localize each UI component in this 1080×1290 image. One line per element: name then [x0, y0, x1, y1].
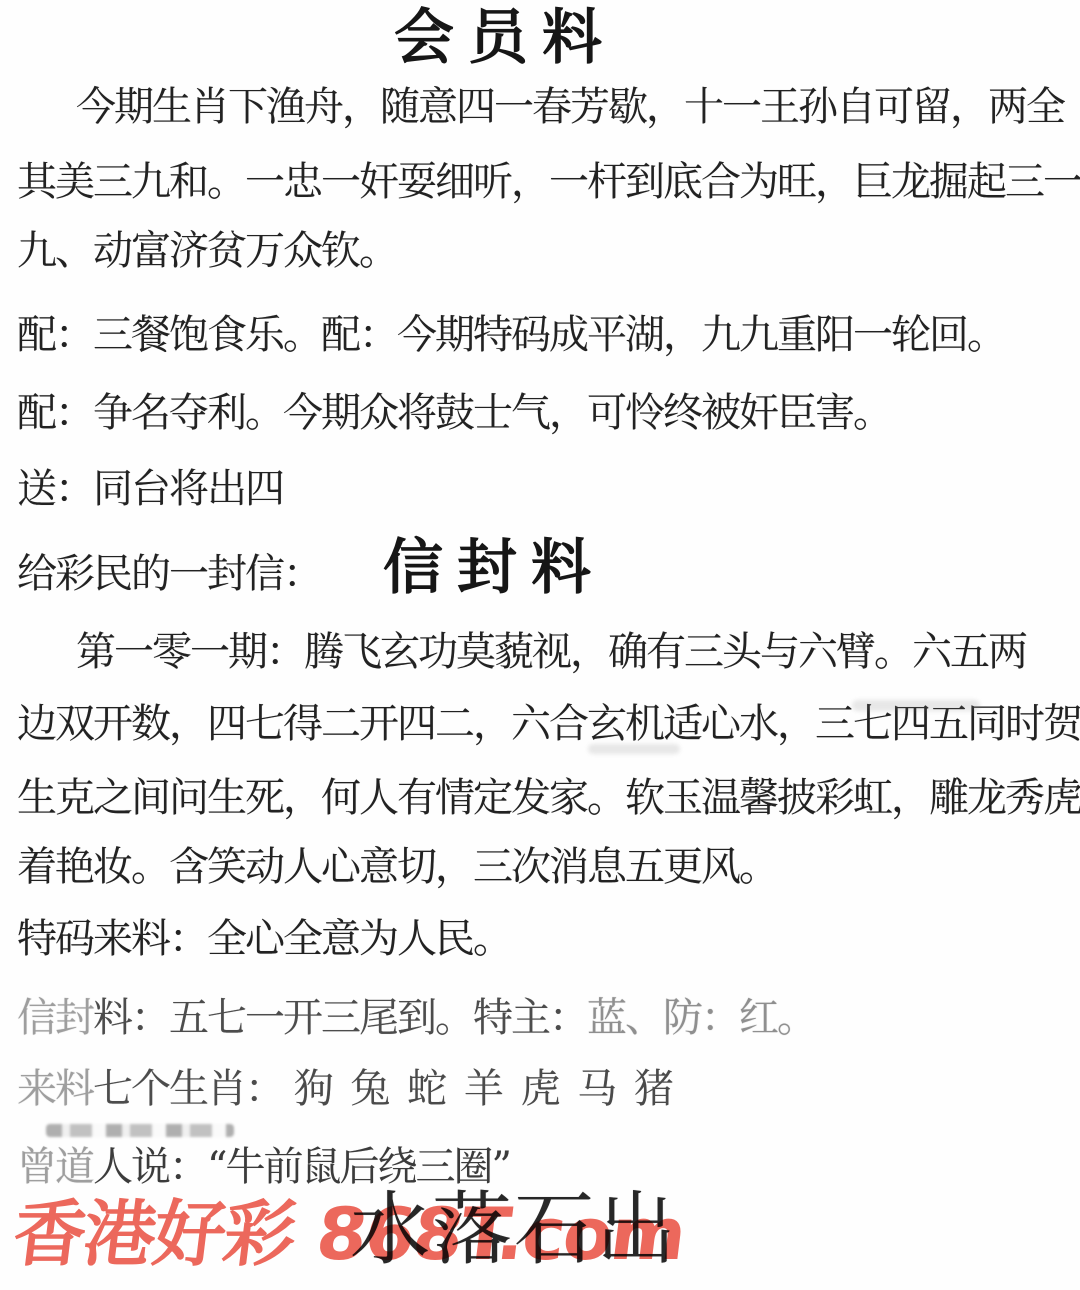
scan-smudge-2	[588, 744, 680, 754]
zodiac-label: 七个生肖：	[93, 1066, 283, 1112]
tema-line: 特码来料：全心全意为人民。	[17, 916, 511, 962]
xinfeng-tip-text: 料：五七一开三尾到。特主：	[93, 995, 587, 1041]
watermark-overlay-text: 香港好彩 868T.com	[10, 1198, 689, 1270]
xinfeng-faded-prefix: 信封	[17, 995, 93, 1041]
zengdao-faded-prefix: 曾道	[17, 1144, 93, 1190]
document-page: 会员料 今期生肖下渔舟，随意四一春芳歇，十一王孙自可留，两全 其美三九和。一忠一…	[0, 0, 1080, 1290]
member-section-title: 会员料	[394, 8, 616, 68]
envelope-paragraph-line-3: 生克之间问生死，何人有情定发家。软玉温馨披彩虹，雕龙秀虎	[17, 775, 1080, 821]
song-line: 送：同台将出四	[17, 466, 283, 512]
xinfeng-faded-tail: 蓝、防：红。	[587, 995, 815, 1041]
envelope-paragraph-line-4: 着艳妆。含笑动人心意切，三次消息五更风。	[17, 844, 777, 890]
member-paragraph-line-1: 今期生肖下渔舟，随意四一春芳歇，十一王孙自可留，两全	[76, 84, 1064, 130]
member-paragraph-line-2: 其美三九和。一忠一奸耍细听，一杆到底合为旺，巨龙掘起三一	[17, 159, 1080, 205]
zodiac-animals: 狗 兔 蛇 羊 虎 马 猪	[294, 1066, 676, 1112]
envelope-section-title: 信封料	[383, 538, 605, 598]
zodiac-faded-prefix: 来料	[17, 1066, 93, 1112]
pei-line-2: 配：争名夺利。今期众将鼓士气，可怜终被奸臣害。	[17, 390, 891, 436]
letter-label: 给彩民的一封信：	[17, 551, 321, 597]
scan-smudge-1	[852, 700, 980, 711]
zodiac-line: 来料七个生肖： 狗 兔 蛇 羊 虎 马 猪	[17, 1066, 676, 1112]
member-paragraph-line-3: 九、动富济贫万众钦。	[17, 228, 397, 274]
pei-line-1: 配：三餐饱食乐。配：今期特码成平湖，九九重阳一轮回。	[17, 312, 1005, 358]
envelope-paragraph-line-1: 第一零一期：腾飞玄功莫藐视，确有三头与六臂。六五两	[76, 629, 1026, 675]
xinfeng-tip-line: 信封料：五七一开三尾到。特主：蓝、防：红。	[17, 995, 815, 1041]
smudged-line-fragment	[46, 1124, 234, 1137]
